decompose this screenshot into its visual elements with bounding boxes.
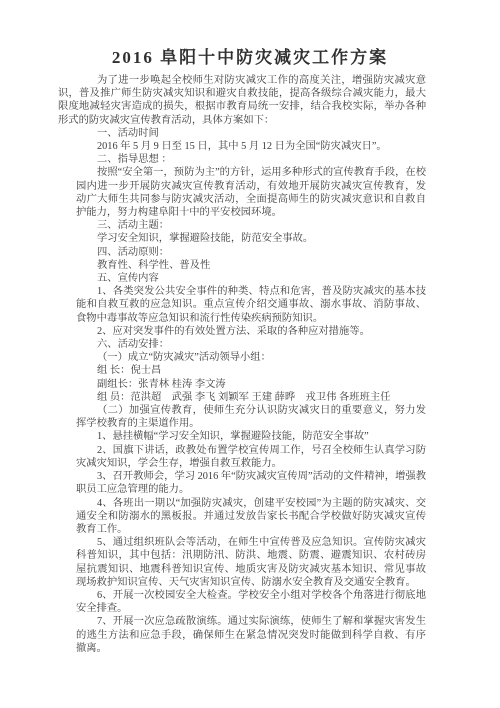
section-heading-activity-time: 一、活动时间 [76,127,426,140]
paragraph-arrangement-item-7: 7、开展一次应急疏散演练。通过实际演练，使师生了解和掌握灾害发生的逃生方法和应急… [76,615,426,655]
paragraph-arrangement-item-3: 3、召开教师会，学习 2016 年“防灾减灾宣传周”活动的文件精神，增强教职员工… [76,470,426,496]
paragraph-activity-principles: 教育性、科学性、普及性 [76,259,426,272]
paragraph-activity-theme: 学习安全知识，掌握避险技能，防范安全事故。 [76,232,426,245]
paragraph-arrangement-item-6: 6、开展一次校园安全大检查。学校安全小组对学校各个角落进行彻底地安全排查。 [76,589,426,615]
paragraph-leading-group-heading: （一）成立“防灾减灾”活动领导小组： [76,351,426,364]
paragraph-publicity-item-2: 2、应对突发事件的有效处置方法、采取的各种应对措施等。 [76,325,426,338]
document-body: 为了进一步唤起全校师生对防灾减灾工作的高度关注，增强防灾减灾意识，普及推广师生防… [58,74,426,655]
paragraph-guiding-ideology: 按照“安全第一，预防为主”的方针，运用多种形式的宣传教育手段，在校园内进一步开展… [76,166,426,219]
paragraph-arrangement-item-4: 4、各班出一期以“加强防灾减灾，创建平安校园”为主题的防灾减灾、交通安全和防溺水… [76,497,426,537]
paragraph-arrangement-item-5: 5、通过组织班队会等活动，在师生中宣传普及应急知识。宣传防灾减灾科普知识，其中包… [76,536,426,589]
paragraph-deputy-leaders: 副组长：张青林 桂涛 李文涛 [76,378,426,391]
paragraph-arrangement-item-1: 1、悬挂横幅“学习安全知识，掌握避险技能，防范安全事故” [76,430,426,443]
paragraph-activity-time: 2016 年 5 月 9 日至 15 日，其中 5 月 12 日为全国“防灾减灾… [76,140,426,153]
section-heading-guiding-ideology: 二、指导思想 ： [76,153,426,166]
paragraph-group-leader: 组 长：倪士昌 [76,364,426,377]
section-heading-arrangement: 六、活动安排： [76,338,426,351]
section-heading-activity-principles: 四、活动原则： [76,246,426,259]
section-heading-publicity-content: 五、宣传内容 [76,272,426,285]
paragraph-publicity-item-1: 1、各类突发公共安全事件的种类、特点和危害，普及防灾减灾的基本技能和自救互救的应… [76,285,426,325]
paragraph-arrangement-item-2: 2、国旗下讲话，政教处布置学校宣传周工作，号召全校师生认真学习防灾减灾知识，学会… [76,444,426,470]
section-heading-activity-theme: 三、活动主题： [76,219,426,232]
paragraph-group-members: 组 员：范洪超 武强 李飞 刘颖军 王建 薛晔 戎卫伟 各班班主任 [76,391,426,404]
document-title: 2016 阜阳十中防灾减灾工作方案 [0,0,500,68]
paragraph-publicity-education: （二）加强宣传教育，使师生充分认识防灾减灾日的重要意义，努力发挥学校教育的主渠道… [76,404,426,430]
document-page: 2016 阜阳十中防灾减灾工作方案 为了进一步唤起全校师生对防灾减灾工作的高度关… [0,0,500,708]
paragraph-intro: 为了进一步唤起全校师生对防灾减灾工作的高度关注，增强防灾减灾意识，普及推广师生防… [58,74,426,127]
